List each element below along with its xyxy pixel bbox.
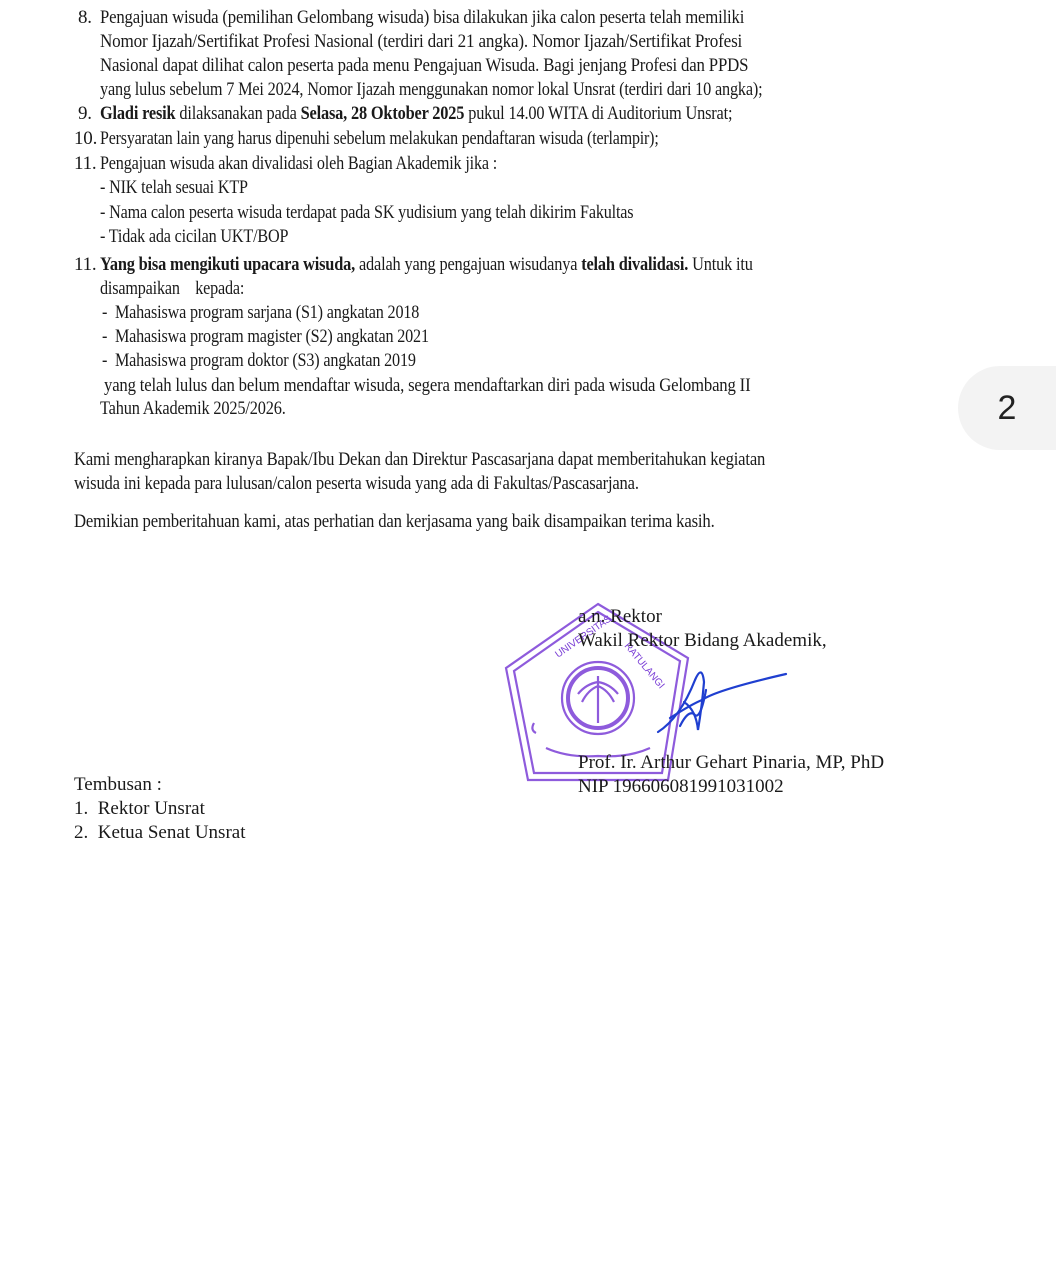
item-9-text: Gladi resik dilaksanakan pada Selasa, 28…: [100, 104, 732, 124]
cc-item: 1. Rektor Unsrat: [74, 798, 205, 820]
item-8-line-3: Nasional dapat dilihat calon peserta pad…: [100, 56, 748, 76]
subitem: - Mahasiswa program sarjana (S1) angkata…: [102, 303, 419, 323]
paragraph-1-line-2: wisuda ini kepada para lulusan/calon pes…: [74, 474, 639, 494]
page-number-indicator: 2: [958, 366, 1056, 450]
item-number: 8.: [78, 8, 92, 28]
subitem: - Tidak ada cicilan UKT/BOP: [100, 227, 288, 247]
item-11-text: Pengajuan wisuda akan divalidasi oleh Ba…: [100, 154, 497, 174]
subitem: - Nama calon peserta wisuda terdapat pad…: [100, 203, 633, 223]
subitem: - NIK telah sesuai KTP: [100, 178, 248, 198]
paragraph-2: Demikian pemberitahuan kami, atas perhat…: [74, 512, 715, 532]
item-number: 9.: [78, 104, 92, 124]
handwritten-signature-icon: [640, 660, 790, 740]
paragraph-1-line-1: Kami mengharapkan kiranya Bapak/Ibu Deka…: [74, 450, 765, 470]
signatory-name: Prof. Ir. Arthur Gehart Pinaria, MP, PhD: [578, 752, 884, 774]
item-8-line-4: yang lulus sebelum 7 Mei 2024, Nomor Ija…: [100, 80, 762, 100]
item-11b-line-2: disampaikan kepada:: [100, 279, 244, 299]
cc-item: 2. Ketua Senat Unsrat: [74, 822, 245, 844]
item-11b-closing-2: Tahun Akademik 2025/2026.: [100, 399, 286, 419]
item-11b-line-1: Yang bisa mengikuti upacara wisuda, adal…: [100, 255, 753, 275]
item-8-line-1: Pengajuan wisuda (pemilihan Gelombang wi…: [100, 8, 744, 28]
cc-title: Tembusan :: [74, 774, 162, 796]
signatory-nip: NIP 196606081991031002: [578, 776, 784, 798]
signature-on-behalf: a.n. Rektor: [578, 606, 662, 628]
subitem: - Mahasiswa program magister (S2) angkat…: [102, 327, 429, 347]
signature-position: Wakil Rektor Bidang Akademik,: [578, 630, 827, 652]
subitem: - Mahasiswa program doktor (S3) angkatan…: [102, 351, 416, 371]
item-number: 11.: [74, 255, 96, 275]
item-number: 11.: [74, 154, 96, 174]
item-8-line-2: Nomor Ijazah/Sertifikat Profesi Nasional…: [100, 32, 742, 52]
item-10-text: Persyaratan lain yang harus dipenuhi seb…: [100, 129, 659, 149]
item-number: 10.: [74, 129, 97, 149]
item-11b-closing-1: yang telah lulus dan belum mendaftar wis…: [100, 376, 750, 396]
